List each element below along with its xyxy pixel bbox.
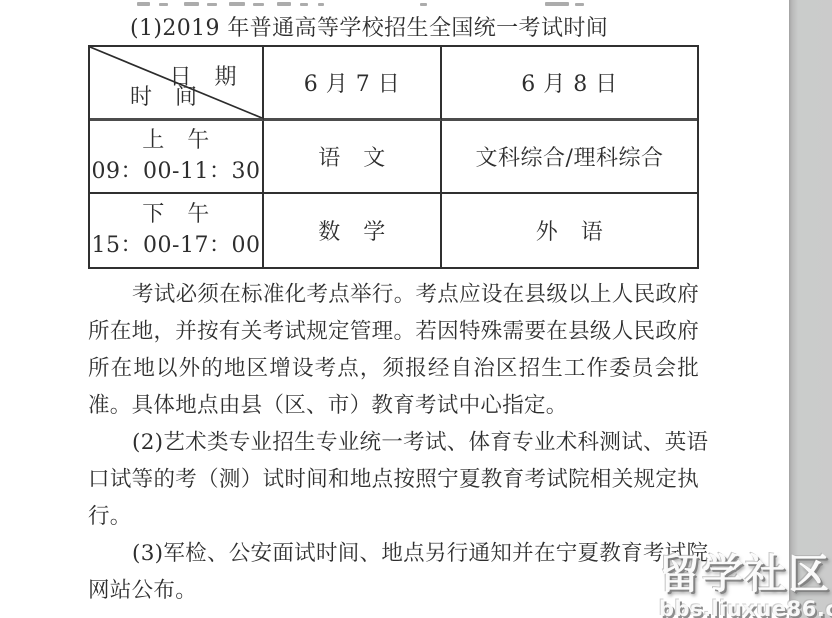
clipped-text-remnant-mark [318,3,324,6]
clipped-text-remnant-mark [207,3,217,6]
clipped-text-remnant [0,0,700,8]
cell-subject-chinese: 语 文 [264,121,442,194]
clipped-text-remnant-mark [137,2,150,6]
paragraph-line: 准。具体地点由县（区、市）教育考试中心指定。 [88,387,699,424]
cell-morning-session: 上 午 09：00-11：30 [90,121,264,194]
body-paragraphs: 考试必须在标准化考点举行。考点应设在县级以上人民政府 所在地，并按有关考试规定管… [88,276,699,609]
paragraph-line: (3)军检、公安面试时间、地点另行通知并在宁夏教育考试院 [88,535,699,572]
session-time-range: 09：00-11：30 [92,160,261,184]
paragraph-line: 网站公布。 [88,572,699,609]
clipped-text-remnant-mark [420,3,427,6]
cell-afternoon-session: 下 午 15：00-17：00 [90,194,264,267]
clipped-text-remnant-mark [575,3,584,6]
table-corner-cell: 日 期 时 间 [90,47,264,121]
paragraph-line: 所在地以外的地区增设考点，须报经自治区招生工作委员会批 [88,350,699,387]
cell-subject-comprehensive: 文科综合/理科综合 [442,121,697,194]
clipped-text-remnant-mark [184,2,199,6]
session-period-label: 下 午 [142,203,210,227]
clipped-text-remnant-mark [229,2,245,6]
clipped-text-remnant-mark [300,3,308,6]
clipped-text-remnant-mark [545,2,569,6]
column-header-june-7: 6 月 7 日 [264,47,442,121]
corner-label-time: 时 间 [130,80,198,111]
column-header-june-8: 6 月 8 日 [442,47,697,121]
document-page: { "page": { "title_line": "(1)2019 年普通高等… [0,0,832,618]
clipped-text-remnant-mark [159,3,168,6]
paragraph-line: (2)艺术类专业招生专业统一考试、体育专业术科测试、英语 [88,424,699,461]
section-title: (1)2019 年普通高等学校招生全国统一考试时间 [130,11,608,42]
session-time-range: 15：00-17：00 [92,234,261,258]
session-period-label: 上 午 [142,129,210,153]
cell-subject-foreign-language: 外 语 [442,194,697,267]
clipped-text-remnant-mark [253,3,264,6]
paragraph-line: 所在地，并按有关考试规定管理。若因特殊需要在县级人民政府 [88,313,699,350]
cell-subject-math: 数 学 [264,194,442,267]
paragraph-line: 口试等的考（测）试时间和地点按照宁夏教育考试院相关规定执 [88,461,699,498]
paragraph-line: 行。 [88,498,699,535]
clipped-text-remnant-mark [277,2,291,6]
exam-schedule-table: 日 期 时 间 6 月 7 日 6 月 8 日 上 午 09：00-11：30 … [88,45,699,269]
page-edge-background [789,0,832,618]
paragraph-line: 考试必须在标准化考点举行。考点应设在县级以上人民政府 [88,276,699,313]
